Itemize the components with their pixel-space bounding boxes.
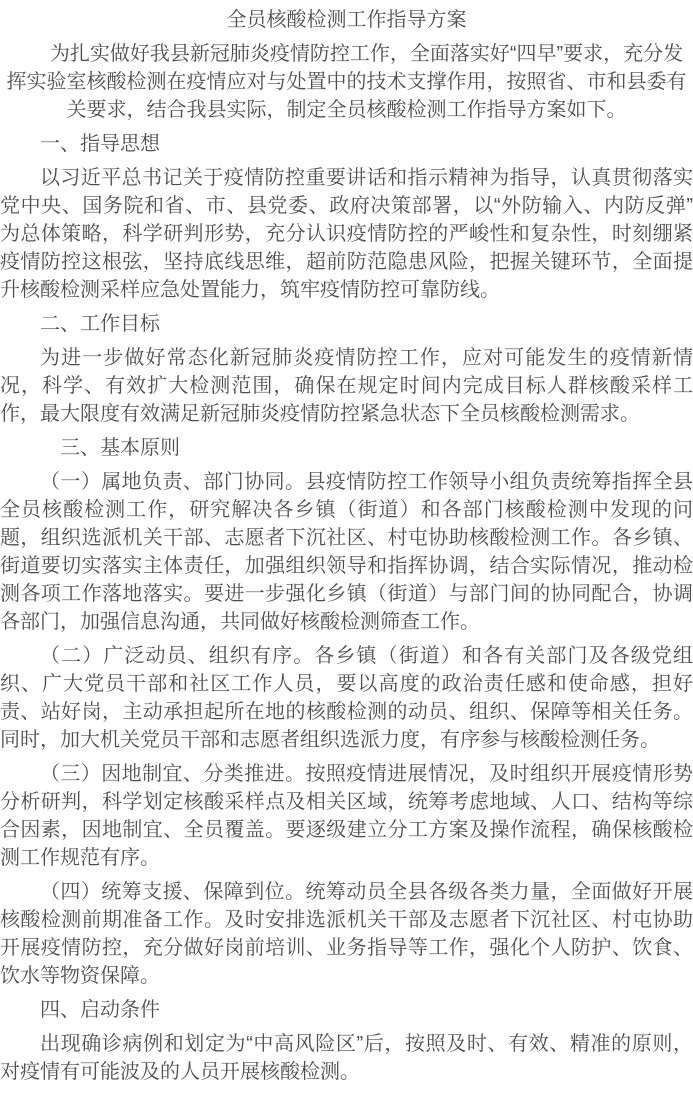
document-title: 全员核酸检测工作指导方案 (0, 6, 693, 34)
intro-paragraph: 为扎实做好我县新冠肺炎疫情防控工作，全面落实好“四早”要求，充分发挥实验室核酸检… (0, 40, 693, 124)
paragraph-work-goals: 为进一步做好常态化新冠肺炎疫情防控工作，应对可能发生的疫情新情况，科学、有效扩大… (0, 344, 693, 428)
paragraph-principle-3-local-conditions: （三）因地制宜、分类推进。按照疫情进展情况，及时组织开展疫情形势分析研判，科学划… (0, 760, 693, 872)
section-heading-work-goals: 二、工作目标 (0, 310, 693, 338)
section-heading-basic-principles: 三、基本原则 (0, 434, 693, 462)
paragraph-principle-1-territorial-responsibility: （一）属地负责、部门协同。县疫情防控工作领导小组负责统筹指挥全县全员核酸检测工作… (0, 468, 693, 636)
paragraph-principle-4-coordinated-support: （四）统筹支援、保障到位。统筹动员全县各级各类力量，全面做好开展核酸检测前期准备… (0, 878, 693, 990)
document-page: 全员核酸检测工作指导方案 为扎实做好我县新冠肺炎疫情防控工作，全面落实好“四早”… (0, 0, 693, 1097)
paragraph-activation-conditions: 出现确诊病例和划定为“中高风险区”后，按照及时、有效、精准的原则，对疫情有可能波… (0, 1030, 693, 1086)
section-heading-activation-conditions: 四、启动条件 (0, 996, 693, 1024)
paragraph-guiding-ideology: 以习近平总书记关于疫情防控重要讲话和指示精神为指导，认真贯彻落实党中央、国务院和… (0, 164, 693, 304)
section-heading-guiding-ideology: 一、指导思想 (0, 130, 693, 158)
paragraph-principle-2-broad-mobilization: （二）广泛动员、组织有序。各乡镇（街道）和各有关部门及各级党组织、广大党员干部和… (0, 642, 693, 754)
